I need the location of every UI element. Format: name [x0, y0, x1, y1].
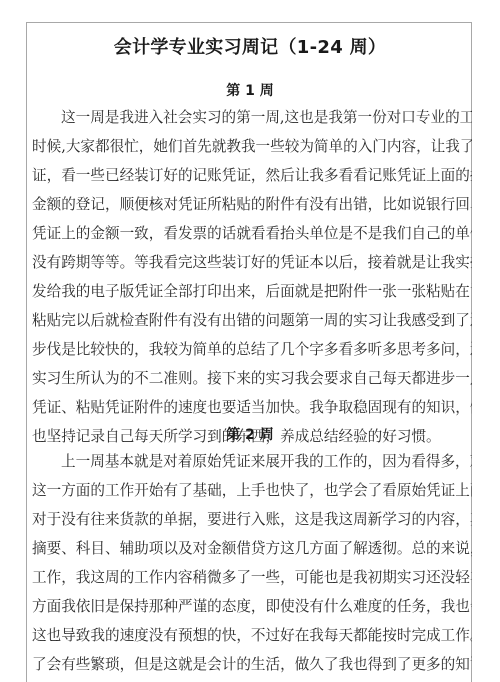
paragraph-line: 凭证上的金额一致，看发票的话就看看抬头单位是不是我们自己的单位，以及日期有	[32, 219, 472, 248]
paragraph-line: 凭证、粘贴凭证附件的速度也要适当加快。我争取稳固现有的知识，做事稳中有序，	[32, 393, 472, 422]
paragraph-line: 对于没有往来货款的单据，要进行入账，这是我这周新学习的内容，其实就是要我在	[32, 505, 472, 534]
paragraph-line: 没有跨期等等。等我看完这些装订好的凭证本以后，接着就是让我实操了。我把她们	[32, 248, 472, 277]
paragraph-line: 金额的登记，顺便核对凭证所粘贴的附件有没有出错，比如说银行回单等等要和记账	[32, 190, 472, 219]
paragraph-line: 证，看一些已经装订好的记账凭证，然后让我多看看记账凭证上面的摘要、科目以及	[32, 161, 472, 190]
paragraph-line: 时候,大家都很忙，她们首先就教我一些较为简单的入门内容，让我了解公司的原始凭	[32, 132, 472, 161]
paragraph-line: 步伐是比较快的，我较为简单的总结了几个字多看多听多思考多问，这是我作为公司	[32, 335, 472, 364]
paragraph-line: 这也导致我的速度没有预想的快，不过好在我每天都能按时完成工作。虽然工作做久	[32, 621, 472, 650]
document-title: 会计学专业实习周记（1-24 周）	[27, 33, 473, 59]
document-page: 会计学专业实习周记（1-24 周） 第 1 周 这一周是我进入社会实习的第一周,…	[26, 22, 472, 653]
week-1-paragraph: 这一周是我进入社会实习的第一周,这也是我第一份对口专业的工作,进去公司的 时候,…	[32, 103, 472, 451]
week-1-heading: 第 1 周	[27, 80, 473, 100]
week-2-paragraph: 上一周基本就是对着原始凭证来展开我的工作的，因为看得多，对于会计实习生 这一方面…	[32, 447, 472, 653]
paragraph-line: 这一方面的工作开始有了基础，上手也快了，也学会了看原始凭证上面的备注内容，	[32, 476, 472, 505]
paragraph-line: 实习生所认为的不二准则。接下来的实习我会要求自己每天都进步一点点，对于整理	[32, 364, 472, 393]
paragraph-line: 方面我依旧是保持那种严谨的态度，即使没有什么难度的任务，我也会自己检查几遍，	[32, 592, 472, 621]
paragraph-line: 发给我的电子版凭证全部打印出来，后面就是把附件一张一张粘贴在记账凭证的背面，	[32, 277, 472, 306]
paragraph-line: 这一周是我进入社会实习的第一周,这也是我第一份对口专业的工作,进去公司的	[32, 103, 472, 132]
paragraph-line: 粘贴完以后就检查附件有没有出错的问题第一周的实习让我感受到了这个公司的工作	[32, 306, 472, 335]
paragraph-line: 工作，我这周的工作内容稍微多了一些，可能也是我初期实习还没轻车熟路,对于工作	[32, 563, 472, 592]
paragraph-line: 上一周基本就是对着原始凭证来展开我的工作的，因为看得多，对于会计实习生	[32, 447, 472, 476]
week-2-heading: 第 2 周	[27, 424, 473, 444]
paragraph-line: 摘要、科目、辅助项以及对金额借贷方这几方面了解透彻。总的来说，相对于上周的	[32, 534, 472, 563]
